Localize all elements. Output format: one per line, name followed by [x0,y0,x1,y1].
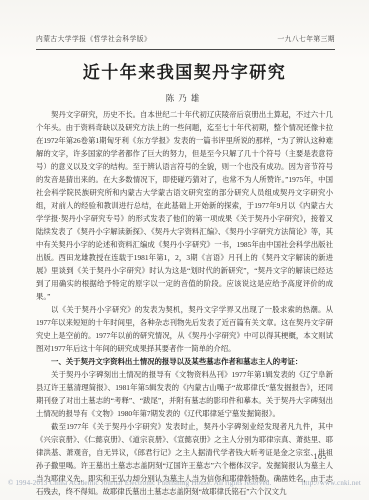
journal-scan-page: 内蒙古大学学报《哲学社会科学版》 一九八七年第三期 近十年来我国契丹字研究 陈乃… [0,0,369,500]
publisher-watermark: © 1994-2013 China Academic Journal Elect… [8,479,361,487]
page-number: 105 [314,452,328,461]
watermark-url: http://www.cnki.net [302,479,361,487]
issue-label: 一九八七年第三期 [277,33,335,43]
paragraph: 契丹文字研究，历史不长。自本世纪二十年代初辽庆陵帝后哀册出土算起，不过六十几个年… [36,108,333,303]
paragraph: 关于契丹小字碑刻出土情况的报导有《文物资料丛刊》1977年第1辑发表的《辽宁阜新… [36,368,333,420]
watermark-copyright: © 1994-2013 China Academic Journal Elect… [8,479,272,487]
journal-name: 内蒙古大学学报《哲学社会科学版》 [36,33,151,43]
article-title: 近十年来我国契丹字研究 [0,58,369,83]
paragraph: 以《关于契丹小字研究》的发表为契机，契丹文字学界又出现了一股求索的热潮。从197… [36,303,333,355]
article-body: 契丹文字研究，历史不长。自本世纪二十年代初辽庆陵帝后哀册出土算起，不过六十几个年… [36,108,333,498]
section-heading: 一、关于契丹文字资料出土情况的报导以及某些墓志作者和墓志主人的考证： [36,355,333,368]
author-name: 陈乃雄 [0,92,369,104]
page-header: 内蒙古大学学报《哲学社会科学版》 一九八七年第三期 [36,33,335,50]
